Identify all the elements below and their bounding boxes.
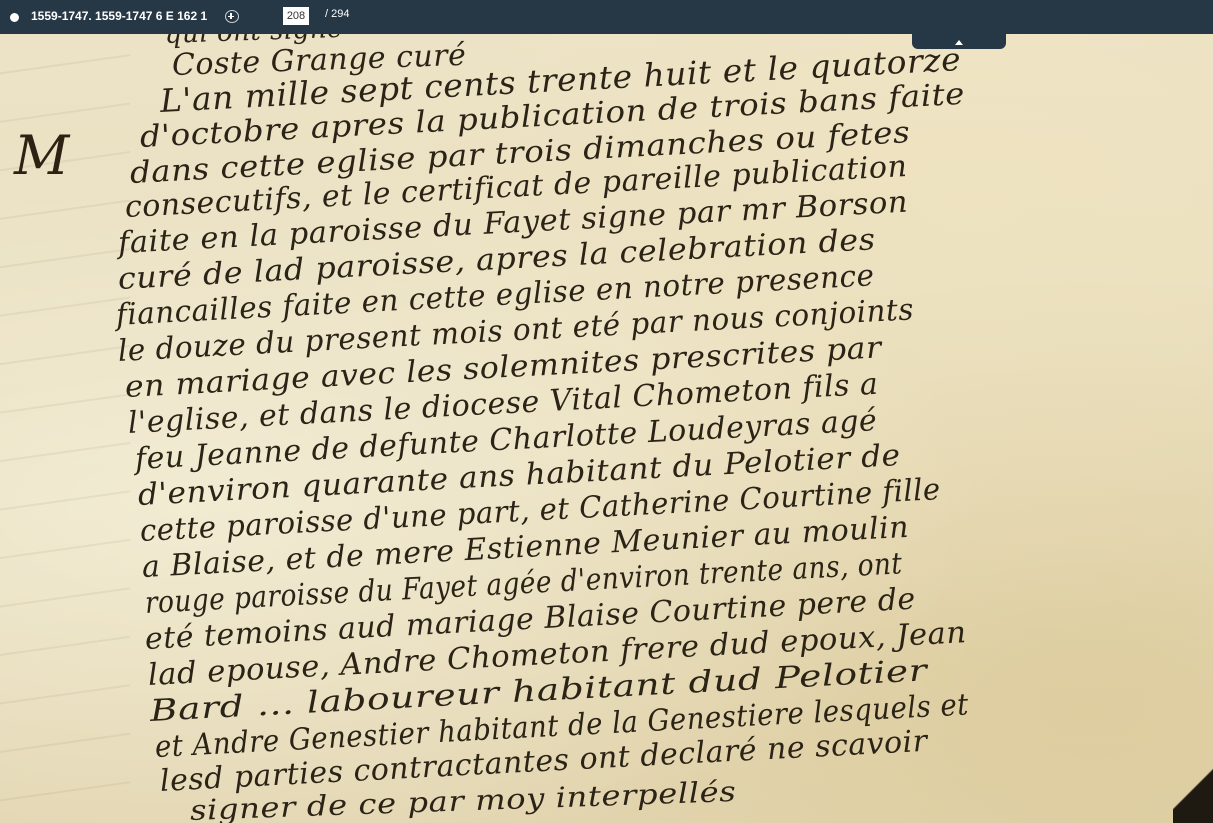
margin-annotation: M: [14, 124, 69, 187]
collapse-panel-tab[interactable]: [912, 34, 1006, 49]
page-total: / 294: [325, 8, 349, 20]
manuscript-image-viewer[interactable]: M qui ont signe Coste Grange curé L'an m…: [0, 34, 1213, 823]
caret-up-icon: [955, 40, 963, 45]
status-dot-icon: [10, 13, 19, 22]
plus-circle-icon[interactable]: [225, 10, 239, 23]
page-number-input[interactable]: [283, 7, 309, 25]
page-corner-shadow: [1173, 753, 1213, 823]
document-title: 1559-1747. 1559-1747 6 E 162 1: [31, 9, 207, 23]
viewer-header: 1559-1747. 1559-1747 6 E 162 1 / 294: [0, 0, 1213, 34]
